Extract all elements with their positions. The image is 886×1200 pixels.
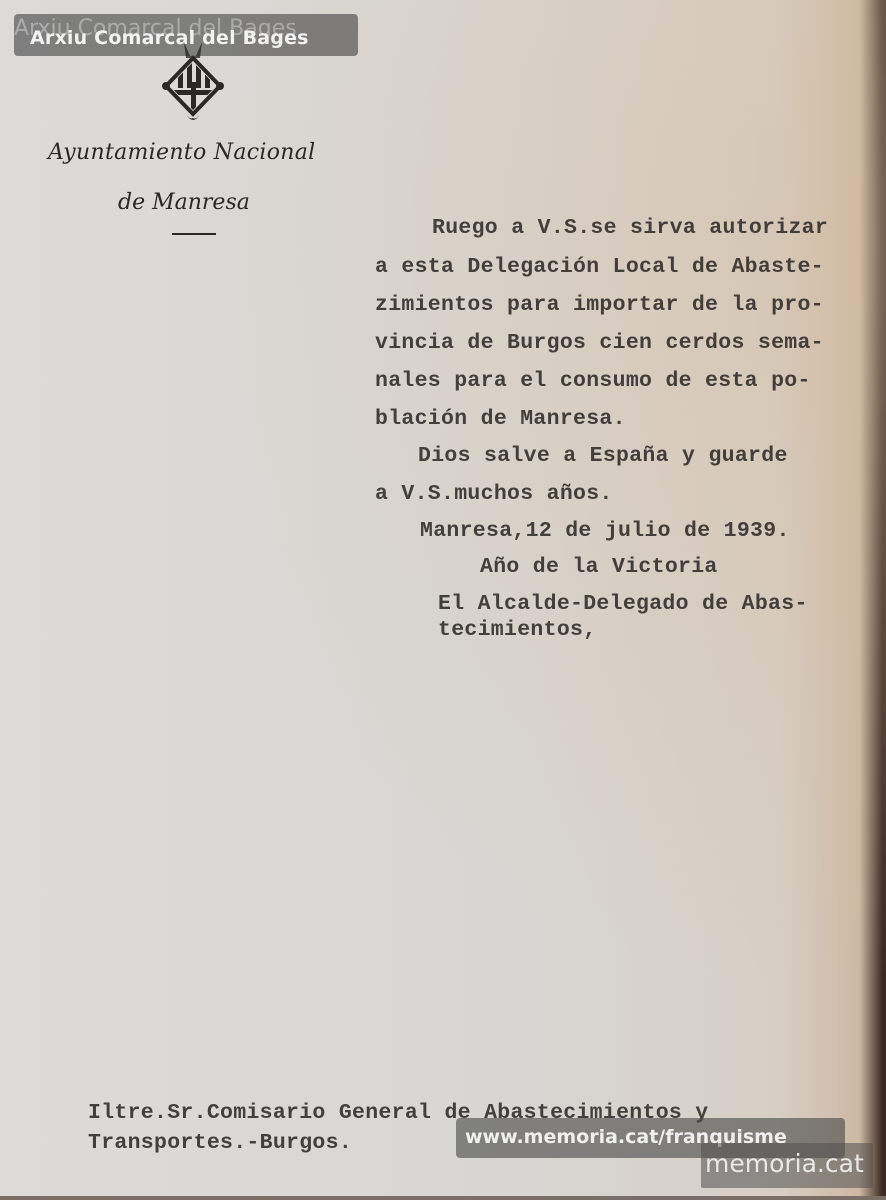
closing-line: Dios salve a España y guarde xyxy=(418,444,788,468)
body-line: vincia de Burgos cien cerdos sema- xyxy=(375,331,824,355)
body-line: nales para el consumo de esta po- xyxy=(375,369,811,393)
page-bottom-edge xyxy=(0,1196,886,1200)
signature-line: El Alcalde-Delegado de Abas- xyxy=(438,592,808,616)
addressee-line: Transportes.-Burgos. xyxy=(88,1131,352,1155)
brand-watermark: memoria.cat xyxy=(705,1149,864,1178)
era-line: Año de la Victoria xyxy=(480,555,718,579)
signature-line: tecimientos, xyxy=(438,618,596,642)
letterhead-title: Ayuntamiento Nacional xyxy=(48,140,315,165)
body-line: zimientos para importar de la pro- xyxy=(375,293,824,317)
body-line: blación de Manresa. xyxy=(375,407,626,431)
date-line: Manresa,12 de julio de 1939. xyxy=(420,519,790,543)
body-line: a esta Delegación Local de Abaste- xyxy=(375,255,824,279)
closing-line: a V.S.muchos años. xyxy=(375,482,613,506)
body-line: Ruego a V.S.se sirva autorizar xyxy=(432,216,828,240)
letterhead-city: de Manresa xyxy=(118,190,250,215)
manresa-coat-of-arms-icon xyxy=(160,42,226,124)
letterhead-divider xyxy=(172,233,216,235)
